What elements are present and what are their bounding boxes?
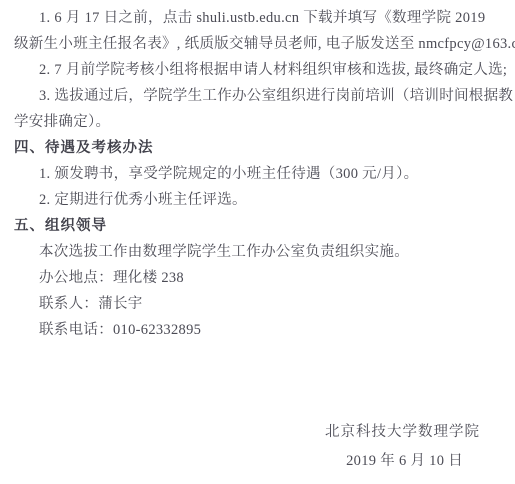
procedure-step-3-line-1: 3. 选拔通过后，学院学生工作办公室组织进行岗前培训（培训时间根据教 — [0, 83, 515, 109]
organization-body: 本次选拔工作由数理学院学生工作办公室负责组织实施。 — [0, 239, 515, 265]
benefits-item-2: 2. 定期进行优秀小班主任评选。 — [0, 187, 515, 213]
signature-organization: 北京科技大学数理学院 — [0, 419, 515, 445]
contact-phone: 联系电话：010-62332895 — [0, 317, 515, 343]
section-heading-organization: 五、组织领导 — [0, 213, 515, 239]
section-heading-benefits: 四、待遇及考核办法 — [0, 135, 515, 161]
benefits-item-1: 1. 颁发聘书，享受学院规定的小班主任待遇（300 元/月）。 — [0, 161, 515, 187]
document-page: 1. 6 月 17 日之前，点击 shuli.ustb.edu.cn 下载并填写… — [0, 0, 515, 484]
procedure-step-1-line-1: 1. 6 月 17 日之前，点击 shuli.ustb.edu.cn 下载并填写… — [0, 5, 515, 31]
signature-date: 2019 年 6 月 10 日 — [0, 448, 515, 474]
procedure-step-3-line-2: 学安排确定）。 — [0, 109, 515, 135]
notice-body: 1. 6 月 17 日之前，点击 shuli.ustb.edu.cn 下载并填写… — [0, 0, 515, 474]
office-location: 办公地点：理化楼 238 — [0, 265, 515, 291]
procedure-step-2: 2. 7 月前学院考核小组将根据申请人材料组织审核和选拔, 最终确定人选; — [0, 57, 515, 83]
contact-person: 联系人：蒲长宇 — [0, 291, 515, 317]
procedure-step-1-line-2: 级新生小班主任报名表》, 纸质版交辅导员老师, 电子版发送至 nmcfpcy@1… — [0, 31, 515, 57]
